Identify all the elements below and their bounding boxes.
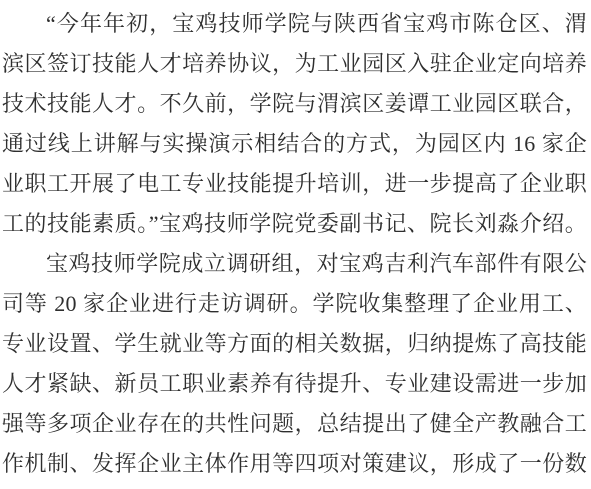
text-block: “今年年初，宝鸡技师学院与陕西省宝鸡市陈仓区、渭滨区签订技能人才培养协议，为工业… [2, 4, 587, 484]
text-line: 作机制、发挥企业主体作用等四项对策建议，形成了一份数 [2, 444, 587, 484]
text-line: 强等多项企业存在的共性问题，总结提出了健全产教融合工 [2, 404, 587, 444]
text-line: 司等 20 家企业进行走访调研。学院收集整理了企业用工、 [2, 284, 587, 324]
document-page: “今年年初，宝鸡技师学院与陕西省宝鸡市陈仓区、渭滨区签订技能人才培养协议，为工业… [0, 0, 591, 489]
text-line: 业职工开展了电工专业技能提升培训，进一步提高了企业职 [2, 164, 587, 204]
text-line: 技术技能人才。不久前，学院与渭滨区姜谭工业园区联合， [2, 84, 587, 124]
text-line: 宝鸡技师学院成立调研组，对宝鸡吉利汽车部件有限公 [2, 244, 587, 284]
text-line: 通过线上讲解与实操演示相结合的方式，为园区内 16 家企 [2, 124, 587, 164]
text-line: 滨区签订技能人才培养协议，为工业园区入驻企业定向培养 [2, 44, 587, 84]
text-line: 工的技能素质。”宝鸡技师学院党委副书记、院长刘淼介绍。 [2, 204, 587, 244]
text-line: “今年年初，宝鸡技师学院与陕西省宝鸡市陈仓区、渭 [2, 4, 587, 44]
text-line: 专业设置、学生就业等方面的相关数据，归纳提炼了高技能 [2, 324, 587, 364]
text-line: 人才紧缺、新员工职业素养有待提升、专业建设需进一步加 [2, 364, 587, 404]
